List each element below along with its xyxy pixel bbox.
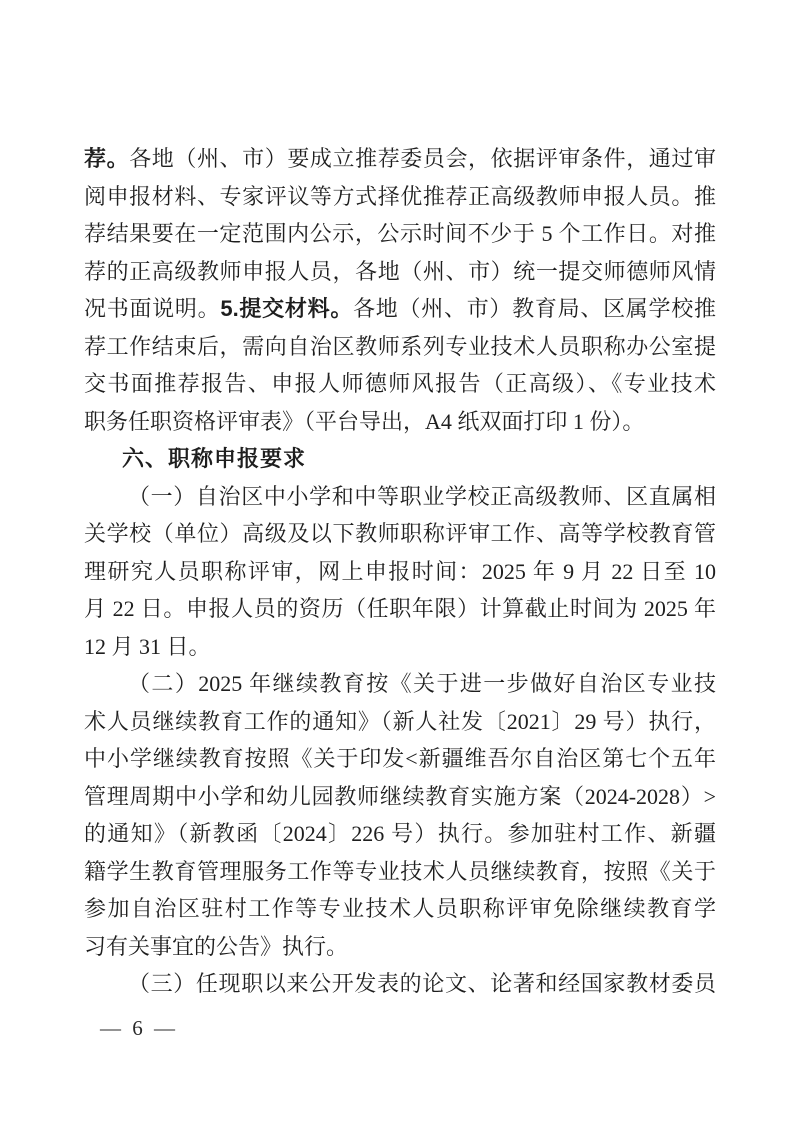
text-segment: 荐的正高级教师申报人员，各地（州、市）统一提交师德师风情 <box>84 259 716 284</box>
text-line: 荐结果要在一定范围内公示，公示时间不少于 5 个工作日。对推 <box>84 215 716 253</box>
text-line: 理研究人员职称评审，网上申报时间：2025 年 9 月 22 日至 10 <box>84 553 716 591</box>
text-line: 参加自治区驻村工作等专业技术人员职称评审免除继续教育学 <box>84 890 716 928</box>
text-line: （一）自治区中小学和中等职业学校正高级教师、区直属相 <box>84 478 716 516</box>
text-line: 职务任职资格评审表》（平台导出，A4 纸双面打印 1 份）。 <box>84 403 716 441</box>
text-line: 阅申报材料、专家评议等方式择优推荐正高级教师申报人员。推 <box>84 178 716 216</box>
text-line: 习有关事宜的公告》执行。 <box>84 928 716 966</box>
text-line: 荐工作结束后，需向自治区教师系列专业技术人员职称办公室提 <box>84 328 716 366</box>
text-segment: 交书面推荐报告、申报人师德师风报告（正高级）、《专业技术 <box>84 371 716 396</box>
text-segment: 况书面说明。 <box>84 296 220 321</box>
text-segment: 理研究人员职称评审，网上申报时间：2025 年 9 月 22 日至 10 <box>84 559 716 584</box>
text-line: 荐。各地（州、市）要成立推荐委员会，依据评审条件，通过审 <box>84 140 716 178</box>
text-segment: 各地（州、市）教育局、区属学校推 <box>353 296 716 321</box>
text-segment: 各地（州、市）要成立推荐委员会，依据评审条件，通过审 <box>129 146 716 171</box>
text-segment: （二）2025 年继续教育按《关于进一步做好自治区专业技 <box>128 671 716 696</box>
text-line: 的通知》（新教函〔2024〕226 号）执行。参加驻村工作、新疆 <box>84 815 716 853</box>
text-line: 月 22 日。申报人员的资历（任职年限）计算截止时间为 2025 年 <box>84 590 716 628</box>
text-segment: 荐结果要在一定范围内公示，公示时间不少于 5 个工作日。对推 <box>84 221 716 246</box>
text-line: 术人员继续教育工作的通知》（新人社发〔2021〕29 号）执行， <box>84 703 716 741</box>
text-line: （三）任现职以来公开发表的论文、论著和经国家教材委员 <box>84 965 716 1003</box>
text-segment: 参加自治区驻村工作等专业技术人员职称评审免除继续教育学 <box>84 896 716 921</box>
text-segment: 荐工作结束后，需向自治区教师系列专业技术人员职称办公室提 <box>84 334 716 359</box>
text-segment: （三）任现职以来公开发表的论文、论著和经国家教材委员 <box>128 971 716 996</box>
text-segment: 职务任职资格评审表》（平台导出，A4 纸双面打印 1 份）。 <box>84 409 644 434</box>
document-body: 荐。各地（州、市）要成立推荐委员会，依据评审条件，通过审阅申报材料、专家评议等方… <box>84 140 716 1003</box>
text-segment: 中小学继续教育按照《关于印发<新疆维吾尔自治区第七个五年 <box>84 746 716 771</box>
text-line: 交书面推荐报告、申报人师德师风报告（正高级）、《专业技术 <box>84 365 716 403</box>
text-line: 籍学生教育管理服务工作等专业技术人员继续教育，按照《关于 <box>84 853 716 891</box>
text-line: 管理周期中小学和幼儿园教师继续教育实施方案（2024-2028）> <box>84 778 716 816</box>
text-line: 况书面说明。5.提交材料。各地（州、市）教育局、区属学校推 <box>84 290 716 328</box>
text-line: 荐的正高级教师申报人员，各地（州、市）统一提交师德师风情 <box>84 253 716 291</box>
text-segment: 阅申报材料、专家评议等方式择优推荐正高级教师申报人员。推 <box>84 184 716 209</box>
text-line: 中小学继续教育按照《关于印发<新疆维吾尔自治区第七个五年 <box>84 740 716 778</box>
text-segment: 习有关事宜的公告》执行。 <box>84 934 348 959</box>
bold-text-segment: 5.提交材料。 <box>220 296 353 321</box>
text-segment: 籍学生教育管理服务工作等专业技术人员继续教育，按照《关于 <box>84 859 716 884</box>
text-line: 12 月 31 日。 <box>84 628 716 666</box>
text-segment: 六、职称申报要求 <box>122 446 306 471</box>
heading-line: 六、职称申报要求 <box>84 440 716 478</box>
text-line: 关学校（单位）高级及以下教师职称评审工作、高等学校教育管 <box>84 515 716 553</box>
text-line: （二）2025 年继续教育按《关于进一步做好自治区专业技 <box>84 665 716 703</box>
page-footer: — 6 — <box>100 1013 178 1043</box>
text-segment: 管理周期中小学和幼儿园教师继续教育实施方案（2024-2028）> <box>84 784 716 809</box>
page-number: — 6 — <box>100 1016 178 1040</box>
text-segment: 的通知》（新教函〔2024〕226 号）执行。参加驻村工作、新疆 <box>84 821 716 846</box>
text-segment: 术人员继续教育工作的通知》（新人社发〔2021〕29 号）执行， <box>84 709 716 734</box>
document-page: { "page": { "background": "#ffffff", "te… <box>0 0 793 1122</box>
bold-text-segment: 荐。 <box>84 146 129 171</box>
text-segment: 关学校（单位）高级及以下教师职称评审工作、高等学校教育管 <box>84 521 716 546</box>
text-segment: 月 22 日。申报人员的资历（任职年限）计算截止时间为 2025 年 <box>84 596 716 621</box>
text-segment: （一）自治区中小学和中等职业学校正高级教师、区直属相 <box>128 484 716 509</box>
text-segment: 12 月 31 日。 <box>84 634 211 659</box>
